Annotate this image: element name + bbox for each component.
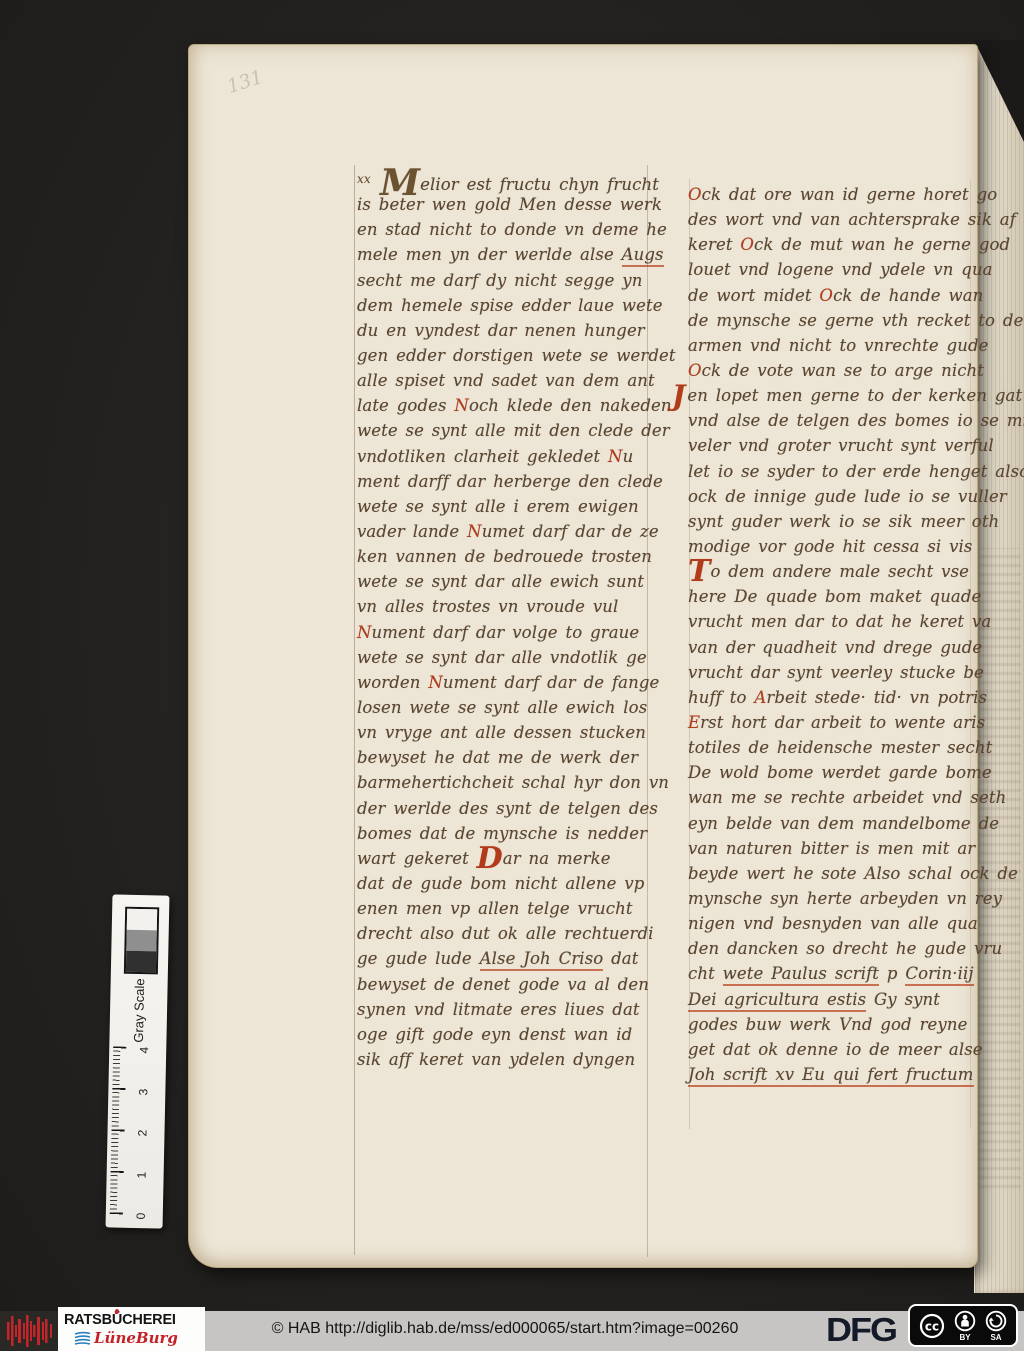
manuscript-line: eyn belde van dem mandelbome de [688, 811, 996, 836]
manuscript-line: vn vryge ant alle dessen stucken [357, 720, 665, 745]
patch-gray [126, 930, 156, 952]
ruler-number: 3 [136, 1083, 150, 1099]
gray-scale-ruler: Gray Scale 43210 [106, 894, 170, 1228]
manuscript-line: huff to Arbeit stede· tid· vn potris [688, 685, 996, 710]
ruler-number: 1 [134, 1166, 148, 1182]
red-umlaut-dot: Ü [112, 1312, 122, 1328]
manuscript-line: keret Ock de mut wan he gerne god [688, 232, 996, 257]
manuscript-line: vnd alse de telgen des bomes io se mit [688, 408, 996, 433]
manuscript-line: bomes dat de mynsche is nedder [357, 821, 665, 846]
manuscript-line: barmehertichcheit schal hyr don vn [357, 770, 665, 795]
manuscript-line: vrucht men dar to dat he keret va [688, 609, 996, 634]
manuscript-line: Dei agricultura estis Gy synt [688, 987, 996, 1012]
ruler-scale: 43210 [112, 894, 169, 895]
manuscript-line: wan me se rechte arbeidet vnd seth [688, 785, 996, 810]
ruler-number: 2 [135, 1125, 149, 1141]
manuscript-line: ock de innige gude lude io se vuller [688, 484, 996, 509]
manuscript-line: vndotliken clarheit gekledet Nu [357, 444, 665, 469]
manuscript-line: den dancken so drecht he gude vru [688, 936, 996, 961]
manuscript-line: let io se syder to der erde henget also [688, 459, 996, 484]
manuscript-line: wete se synt dar alle vndotlik ge [357, 645, 665, 670]
manuscript-line: wart gekeret Dar na merke [357, 846, 665, 871]
manuscript-line: gen edder dorstigen wete se werdet [357, 343, 665, 368]
book-fan-icon [74, 1331, 91, 1345]
manuscript-line: synen vnd litmate eres liues dat [357, 997, 665, 1022]
patch-white [127, 909, 157, 931]
manuscript-line: bewyset de denet gode va al den [357, 972, 665, 997]
manuscript-line: Ock dat ore wan id gerne horet go [688, 182, 996, 207]
folio-number: 131 [224, 66, 265, 98]
manuscript-line: Erst hort dar arbeit to wente aris [688, 710, 996, 735]
cc-sa-icon: SA [985, 1310, 1007, 1342]
manuscript-line: get dat ok denne io de meer alse [688, 1037, 996, 1062]
manuscript-line: louet vnd logene vnd ydele vn qua [688, 257, 996, 282]
ruling-line-left [354, 165, 355, 1255]
manuscript-line: oge gift gode eyn denst wan id [357, 1022, 665, 1047]
manuscript-line: sik aff keret van ydelen dyngen [357, 1047, 665, 1072]
manuscript-line: Joh scrift xv Eu qui fert fructum [688, 1062, 996, 1087]
manuscript-line: enen men vp allen telge vrucht [357, 896, 665, 921]
manuscript-line: drecht also dut ok alle rechtuerdi [357, 921, 665, 946]
cc-icon: cc [919, 1313, 945, 1339]
manuscript-line: Nument darf dar volge to graue [357, 620, 665, 645]
manuscript-line: en stad nicht to donde vn deme he [357, 217, 665, 242]
manuscript-line: van der quadheit vnd drege gude [688, 635, 996, 660]
manuscript-line: ge gude lude Alse Joh Criso dat [357, 946, 665, 971]
manuscript-line: here De quade bom maket quade [688, 584, 996, 609]
manuscript-line: synt guder werk io se sik meer oth [688, 509, 996, 534]
ruler-number: 0 [134, 1208, 148, 1224]
manuscript-line: de wort midet Ock de hande wan [688, 283, 996, 308]
manuscript-line: Jen lopet men gerne to der kerken gat [688, 383, 996, 408]
manuscript-line: ment darff dar herberge den clede [357, 469, 665, 494]
manuscript-line: totiles de heidensche mester secht [688, 735, 996, 760]
manuscript-line: worden Nument darf dar de fange [357, 670, 665, 695]
manuscript-line: cht wete Paulus scrift p Corin·iij [688, 961, 996, 986]
library-name: RATSBÜCHEREI [64, 1312, 205, 1328]
cc-by-icon: BY [954, 1310, 976, 1342]
right-column: Ock dat ore wan id gerne horet godes wor… [688, 182, 996, 1087]
cc-license-badge: cc BY SA [908, 1304, 1018, 1347]
manuscript-line: De wold bome werdet garde bome [688, 760, 996, 785]
dfg-logo: DFG [826, 1311, 896, 1350]
manuscript-line: beyde wert he sote Also schal ock de [688, 861, 996, 886]
manuscript-line: wete se synt alle mit den clede der [357, 418, 665, 443]
manuscript-line: alle spiset vnd sadet van dem ant [357, 368, 665, 393]
gray-scale-patches [124, 907, 159, 975]
manuscript-line: van naturen bitter is men mit ar [688, 836, 996, 861]
manuscript-line: xx Melior est fructu chyn frucht [357, 167, 665, 192]
left-column: xx Melior est fructu chyn fruchtis beter… [357, 167, 665, 1072]
manuscript-line: veler vnd groter vrucht synt verful [688, 433, 996, 458]
manuscript-line: losen wete se synt alle ewich los [357, 695, 665, 720]
manuscript-line: secht me darf dy nicht segge yn [357, 268, 665, 293]
manuscript-line: nigen vnd besnyden van alle qua [688, 911, 996, 936]
scan-viewport: 131 xx Melior est fructu chyn fruchtis b… [0, 0, 1024, 1351]
manuscript-line: dat de gude bom nicht allene vp [357, 871, 665, 896]
manuscript-line: is beter wen gold Men desse werk [357, 192, 665, 217]
manuscript-line: godes buw werk Vnd god reyne [688, 1012, 996, 1037]
svg-text:cc: cc [925, 1319, 939, 1333]
manuscript-line: ken vannen de bedrouede trosten [357, 544, 665, 569]
manuscript-line: du en vyndest dar nenen hunger [357, 318, 665, 343]
library-city: LüneBurg [94, 1329, 178, 1347]
manuscript-line: vader lande Numet darf dar de ze [357, 519, 665, 544]
manuscript-line: vn alles trostes vn vroude vul [357, 594, 665, 619]
manuscript-page: 131 xx Melior est fructu chyn fruchtis b… [188, 44, 978, 1268]
manuscript-line: Ock de vote wan se to arge nicht [688, 358, 996, 383]
manuscript-line: de mynsche se gerne vth recket to de [688, 308, 996, 333]
manuscript-line: late godes Noch klede den nakeden [357, 393, 665, 418]
library-bars-icon [6, 1313, 56, 1349]
manuscript-line: wete se synt alle i erem ewigen [357, 494, 665, 519]
copyright-url: © HAB http://diglib.hab.de/mss/ed000065/… [205, 1320, 805, 1338]
ruler-label: Gray Scale [131, 975, 147, 1045]
ruler-number: 4 [137, 1042, 151, 1058]
manuscript-line: bewyset he dat me de werk der [357, 745, 665, 770]
manuscript-line: der werlde des synt de telgen des [357, 796, 665, 821]
patch-black [126, 951, 156, 973]
manuscript-line: modige vor gode hit cessa si vis [688, 534, 996, 559]
manuscript-line: mynsche syn herte arbeyden vn rey [688, 886, 996, 911]
manuscript-line: vrucht dar synt veerley stucke be [688, 660, 996, 685]
library-logo: RATSBÜCHEREI LüneBurg [58, 1307, 205, 1351]
manuscript-line: dem hemele spise edder laue wete [357, 293, 665, 318]
ruler-ticks-major [110, 1046, 127, 1216]
manuscript-line: To dem andere male secht vse [688, 559, 996, 584]
manuscript-line: armen vnd nicht to vnrechte gude [688, 333, 996, 358]
manuscript-line: wete se synt dar alle ewich sunt [357, 569, 665, 594]
manuscript-line: mele men yn der werlde alse Augs [357, 242, 665, 267]
manuscript-line: des wort vnd van achtersprake sik af [688, 207, 996, 232]
